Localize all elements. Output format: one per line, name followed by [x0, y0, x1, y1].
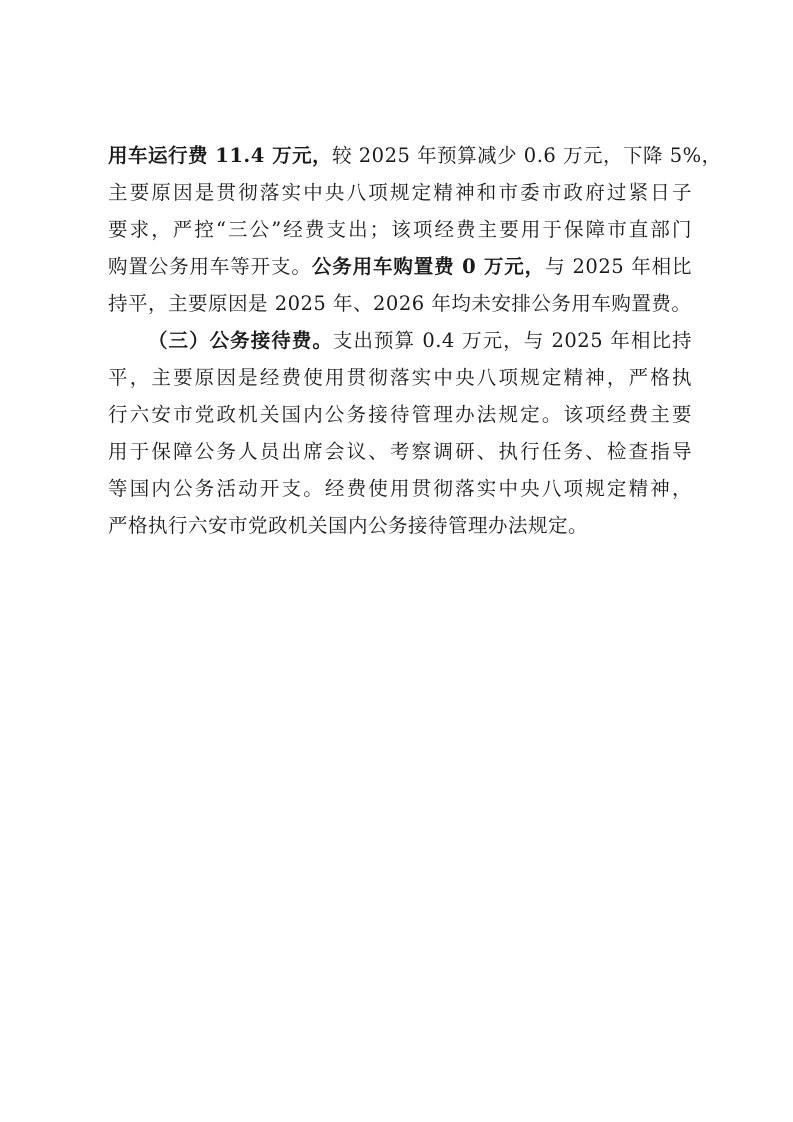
text-line: 用车运行费 11.4 万元，较 2025 年预算减少 0.6 万元，下降 5%， — [108, 137, 692, 174]
text-line: 持平，主要原因是 2025 年、2026 年均未安排公务用车购置费。 — [108, 285, 692, 322]
text-run: 要求，严控“三公”经费支出；该项经费主要用于保障市直部门 — [108, 218, 692, 241]
text-line: 购置公务用车等开支。公务用车购置费 0 万元，与 2025 年相比 — [108, 248, 692, 285]
text-line: 平，主要原因是经费使用贯彻落实中央八项规定精神，严格执 — [108, 359, 692, 396]
text-run: 主要原因是贯彻落实中央八项规定精神和市委市政府过紧日子 — [108, 181, 692, 204]
text-run: 持平，主要原因是 2025 年、2026 年均未安排公务用车购置费。 — [108, 292, 691, 315]
text-line: 等国内公务活动开支。经费使用贯彻落实中央八项规定精神， — [108, 470, 692, 507]
section-heading-reception: （三）公务接待费。 — [148, 329, 333, 352]
text-line: 用于保障公务人员出席会议、考察调研、执行任务、检查指导 — [108, 433, 692, 470]
text-run: 平，主要原因是经费使用贯彻落实中央八项规定精神，严格执 — [108, 366, 692, 389]
document-page: 用车运行费 11.4 万元，较 2025 年预算减少 0.6 万元，下降 5%，… — [0, 0, 793, 1122]
text-line: 行六安市党政机关国内公务接待管理办法规定。该项经费主要 — [108, 396, 692, 433]
text-line: （三）公务接待费。支出预算 0.4 万元，与 2025 年相比持 — [108, 322, 692, 359]
paragraph-reception-costs: （三）公务接待费。支出预算 0.4 万元，与 2025 年相比持 平，主要原因是… — [108, 322, 692, 544]
text-run: 等国内公务活动开支。经费使用贯彻落实中央八项规定精神， — [108, 477, 692, 500]
text-line: 主要原因是贯彻落实中央八项规定精神和市委市政府过紧日子 — [108, 174, 692, 211]
paragraph-vehicle-costs: 用车运行费 11.4 万元，较 2025 年预算减少 0.6 万元，下降 5%，… — [108, 137, 692, 322]
text-run: 与 2025 年相比 — [545, 255, 692, 278]
text-line: 严格执行六安市党政机关国内公务接待管理办法规定。 — [108, 507, 692, 544]
text-run: 购置公务用车等开支。 — [108, 255, 312, 278]
text-run: 用于保障公务人员出席会议、考察调研、执行任务、检查指导 — [108, 440, 692, 463]
bold-heading-vehicle-purchase: 公务用车购置费 0 万元， — [312, 255, 545, 278]
body-text: 用车运行费 11.4 万元，较 2025 年预算减少 0.6 万元，下降 5%，… — [108, 137, 692, 544]
text-line: 要求，严控“三公”经费支出；该项经费主要用于保障市直部门 — [108, 211, 692, 248]
bold-heading-vehicle-operation: 用车运行费 11.4 万元， — [108, 144, 332, 167]
text-run: 严格执行六安市党政机关国内公务接待管理办法规定。 — [108, 514, 588, 537]
text-run: 支出预算 0.4 万元，与 2025 年相比持 — [333, 329, 692, 352]
text-run: 行六安市党政机关国内公务接待管理办法规定。该项经费主要 — [108, 403, 692, 426]
text-run: 较 2025 年预算减少 0.6 万元，下降 5%， — [332, 144, 722, 167]
